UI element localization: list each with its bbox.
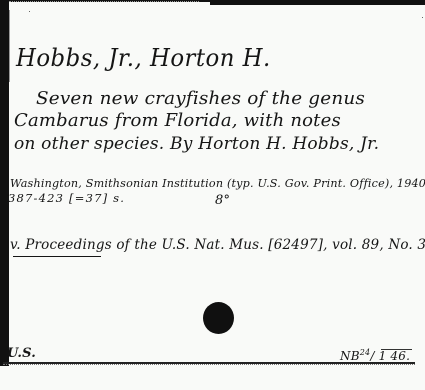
scan-top-border-right <box>210 0 425 5</box>
scan-bottom-border <box>3 362 415 364</box>
title-line-3: on other species. By Horton H. Hobbs, Jr… <box>14 134 379 154</box>
footer-initials: NB <box>340 349 360 363</box>
series-volume-number: [62497], vol. 89, No. 3097. <box>268 237 425 253</box>
footer-date: / 1 46. <box>370 349 410 363</box>
title-line-2: Cambarus from Florida, with notes <box>14 110 341 131</box>
title-line-1: Seven new crayfishes of the genus <box>36 88 365 109</box>
scan-left-shadow <box>9 10 10 82</box>
footer-left-mark: U.S. <box>7 346 36 361</box>
scan-left-border-lower <box>0 300 5 364</box>
scan-top-dots <box>9 1 199 3</box>
punch-hole <box>203 302 234 334</box>
card-heading-author: Hobbs, Jr., Horton H. <box>16 44 271 72</box>
scan-below-card <box>0 366 425 390</box>
imprint-line: Washington, Smithsonian Institution (typ… <box>10 176 425 190</box>
series-title: Proceedings of the U.S. Nat. Mus. <box>25 237 264 253</box>
pagination-line: 387-423 [=37] s. <box>8 191 125 205</box>
footer-date-overline <box>381 349 412 350</box>
footer-right-mark: NB24/ 1 46. <box>340 348 410 363</box>
series-underline <box>13 256 101 257</box>
format-size: 8° <box>215 193 230 208</box>
paper-speck <box>29 11 30 12</box>
footer-date-day: 24 <box>360 348 371 357</box>
series-prefix: v. <box>10 237 21 253</box>
paper-speck <box>422 17 423 18</box>
series-note: v. Proceedings of the U.S. Nat. Mus. [62… <box>10 237 425 253</box>
catalog-card-scan: Hobbs, Jr., Horton H. Seven new crayfish… <box>0 0 425 390</box>
